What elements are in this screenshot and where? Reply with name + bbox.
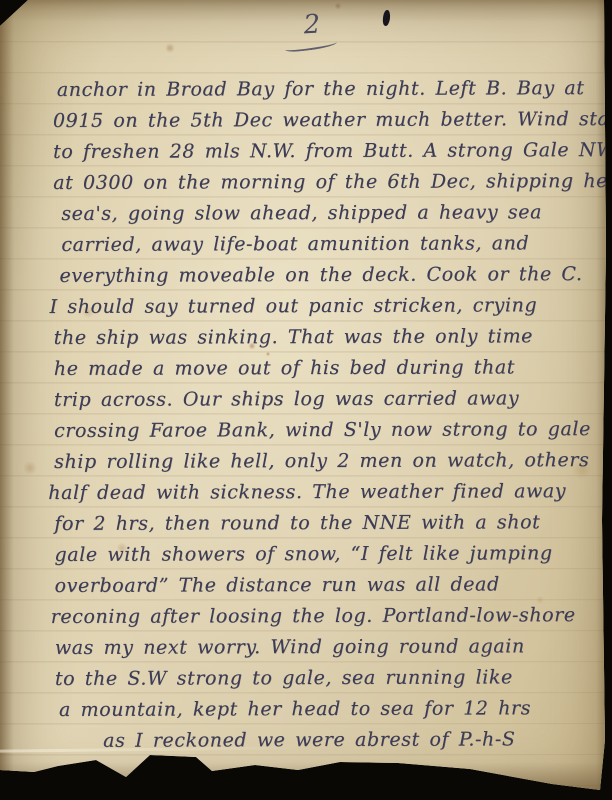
handwritten-line: sea's, going slow ahead, shipped a heavy… <box>45 197 595 230</box>
handwritten-line: to the S.W strong to gale, sea running l… <box>47 662 597 695</box>
handwritten-line: as I reckoned we were abrest of P.-h-S <box>47 724 597 757</box>
page-number-value: 2 <box>297 9 327 41</box>
page-number-underline <box>285 39 338 53</box>
photograph-of-diary-page: 2 anchor in Broad Bay for the night. Lef… <box>0 0 612 800</box>
handwritten-line: everything moveable on the deck. Cook or… <box>45 259 595 292</box>
handwritten-line: was my next worry. Wind going round agai… <box>47 631 597 664</box>
handwritten-line: I should say turned out panic stricken, … <box>46 290 596 323</box>
handwritten-line: 0915 on the 5th Dec weather much better.… <box>45 104 595 137</box>
handwritten-line: half dead with sickness. The weather fin… <box>46 476 596 509</box>
handwritten-line: carried, away life-boat amunition tanks,… <box>45 228 595 261</box>
handwritten-line: anchor in Broad Bay for the night. Left … <box>45 73 595 106</box>
handwritten-line: to freshen 28 mls N.W. from Butt. A stro… <box>45 135 595 168</box>
page-number: 2 <box>281 8 343 42</box>
handwritten-line: gale with showers of snow, “I felt like … <box>46 538 596 571</box>
handwritten-line: overboard” The distance run was all dead <box>47 569 597 602</box>
handwritten-text-block: anchor in Broad Bay for the night. Left … <box>45 73 597 757</box>
handwritten-line: ship rolling like hell, only 2 men on wa… <box>46 445 596 478</box>
handwritten-line: reconing after loosing the log. Portland… <box>47 600 597 633</box>
handwritten-line: trip across. Our ships log was carried a… <box>46 383 596 416</box>
aged-paper-sheet: 2 anchor in Broad Bay for the night. Lef… <box>0 0 612 800</box>
ink-blot-mark <box>382 10 391 27</box>
handwritten-line: for 2 hrs, then round to the NNE with a … <box>46 507 596 540</box>
handwritten-line: the ship was sinking. That was the only … <box>46 321 596 354</box>
handwritten-line: he made a move out of his bed during tha… <box>46 352 596 385</box>
handwritten-line: at 0300 on the morning of the 6th Dec, s… <box>45 166 595 199</box>
handwritten-line: crossing Faroe Bank, wind S'ly now stron… <box>46 414 596 447</box>
handwritten-line: a mountain, kept her head to sea for 12 … <box>47 693 597 726</box>
